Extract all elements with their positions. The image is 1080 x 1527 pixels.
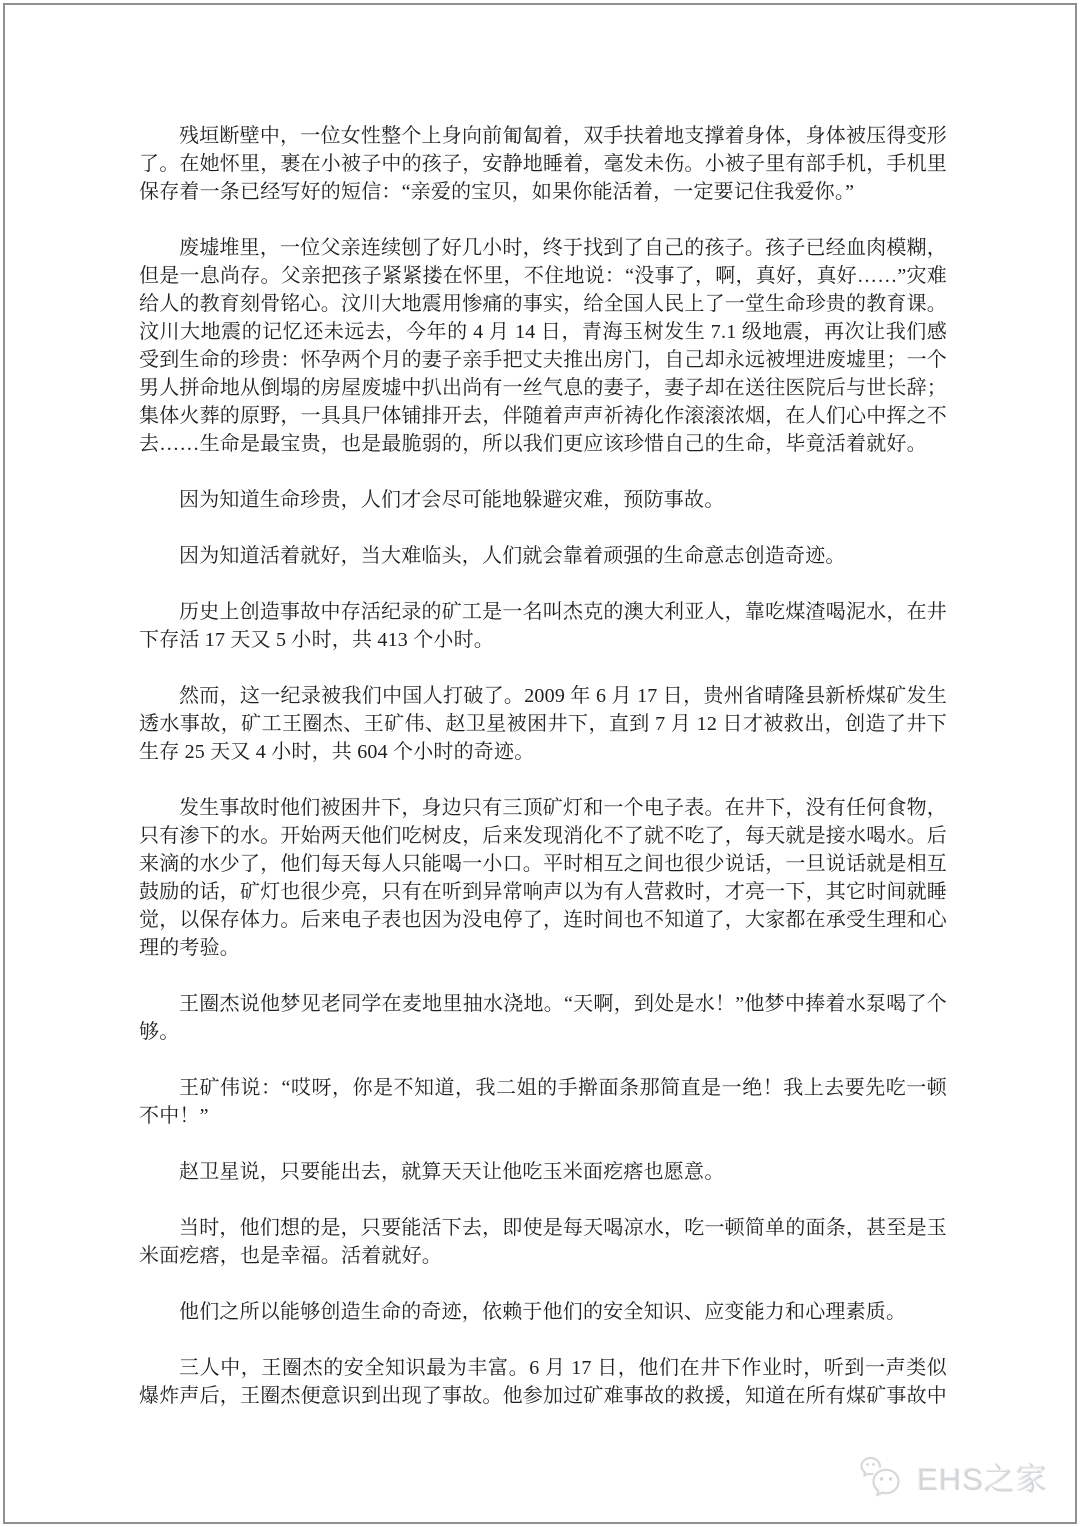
- paragraph-12: 他们之所以能够创造生命的奇迹，依赖于他们的安全知识、应变能力和心理素质。: [139, 1298, 947, 1326]
- paragraph-8: 王圈杰说他梦见老同学在麦地里抽水浇地。“天啊，到处是水！”他梦中捧着水泵喝了个够…: [139, 990, 947, 1046]
- paragraph-7: 发生事故时他们被困井下，身边只有三顶矿灯和一个电子表。在井下，没有任何食物，只有…: [139, 794, 947, 962]
- document-page: 残垣断壁中，一位女性整个上身向前匍匐着，双手扶着地支撑着身体，身体被压得变形了。…: [0, 0, 1080, 1527]
- paragraph-2: 废墟堆里，一位父亲连续刨了好几小时，终于找到了自己的孩子。孩子已经血肉模糊，但是…: [139, 234, 947, 458]
- paragraph-6: 然而，这一纪录被我们中国人打破了。2009 年 6 月 17 日，贵州省晴隆县新…: [139, 682, 947, 766]
- paragraph-9: 王矿伟说：“哎呀，你是不知道，我二姐的手擀面条那简直是一绝！我上去要先吃一顿不中…: [139, 1074, 947, 1130]
- paragraph-10: 赵卫星说，只要能出去，就算天天让他吃玉米面疙瘩也愿意。: [139, 1158, 947, 1186]
- paragraph-11: 当时，他们想的是，只要能活下去，即使是每天喝凉水，吃一顿简单的面条，甚至是玉米面…: [139, 1214, 947, 1270]
- wechat-icon: [860, 1456, 912, 1498]
- paragraph-5: 历史上创造事故中存活纪录的矿工是一名叫杰克的澳大利亚人，靠吃煤渣喝泥水，在井下存…: [139, 598, 947, 654]
- watermark-text: EHS之家: [917, 1454, 1048, 1499]
- watermark: EHS之家: [860, 1454, 1048, 1499]
- paragraph-13: 三人中，王圈杰的安全知识最为丰富。6 月 17 日，他们在井下作业时，听到一声类…: [139, 1354, 947, 1410]
- document-body-text: 残垣断壁中，一位女性整个上身向前匍匐着，双手扶着地支撑着身体，身体被压得变形了。…: [139, 122, 947, 1410]
- paragraph-4: 因为知道活着就好，当大难临头，人们就会靠着顽强的生命意志创造奇迹。: [139, 542, 947, 570]
- paragraph-3: 因为知道生命珍贵，人们才会尽可能地躲避灾难，预防事故。: [139, 486, 947, 514]
- paragraph-1: 残垣断壁中，一位女性整个上身向前匍匐着，双手扶着地支撑着身体，身体被压得变形了。…: [139, 122, 947, 206]
